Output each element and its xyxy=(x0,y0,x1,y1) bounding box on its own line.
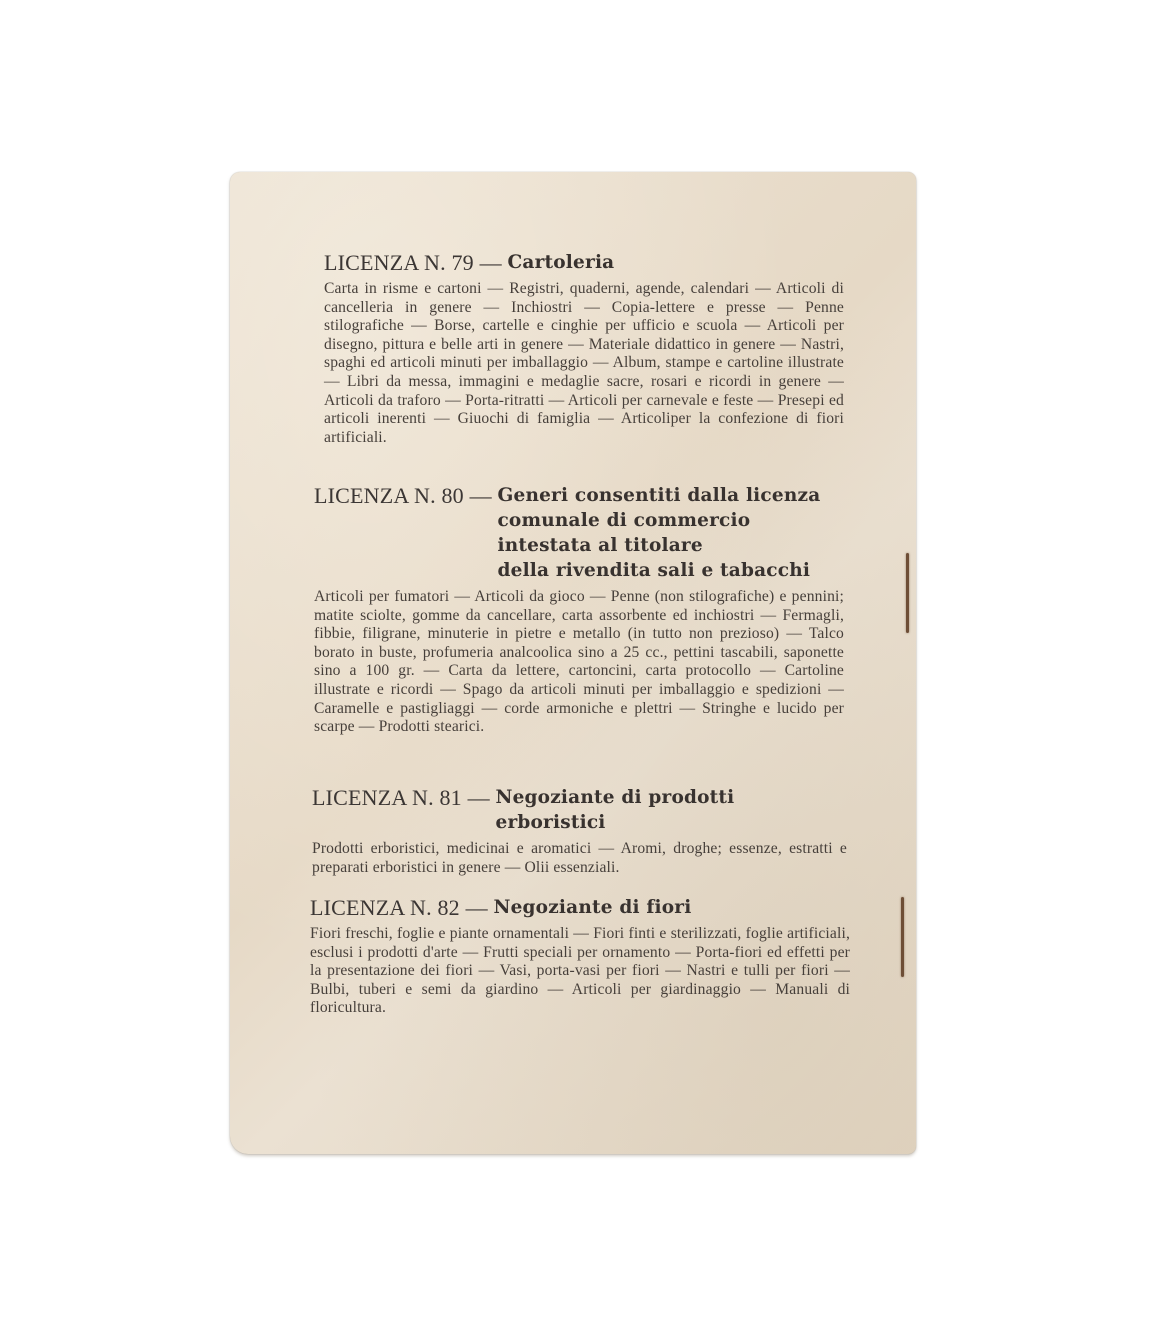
license-81-title-line: erboristici xyxy=(495,810,734,835)
license-80-number: LICENZA N. 80 — xyxy=(314,483,497,583)
license-79-number: LICENZA N. 79 — xyxy=(324,250,507,275)
license-81-title: Negoziante di prodotti erboristici xyxy=(495,785,734,835)
license-79-section: LICENZA N. 79 — Cartoleria Carta in rism… xyxy=(324,250,844,447)
license-80-title-line: della rivendita sali e tabacchi xyxy=(497,558,820,583)
staple-lower xyxy=(901,897,904,977)
license-81-body: Prodotti erboristici, medicinai e aromat… xyxy=(312,840,847,877)
license-80-heading: LICENZA N. 80 — Generi consentiti dalla … xyxy=(314,483,844,583)
license-80-title-line: Generi consentiti dalla licenza xyxy=(497,483,820,508)
license-81-section: LICENZA N. 81 — Negoziante di prodotti e… xyxy=(312,785,847,877)
license-80-title: Generi consentiti dalla licenza comunale… xyxy=(497,483,820,583)
license-81-heading: LICENZA N. 81 — Negoziante di prodotti e… xyxy=(312,785,847,835)
license-81-number: LICENZA N. 81 — xyxy=(312,785,495,835)
license-80-title-line: intestata al titolare xyxy=(497,533,820,558)
license-80-body: Articoli per fumatori — Articoli da gioc… xyxy=(314,588,844,737)
license-82-number: LICENZA N. 82 — xyxy=(310,895,493,920)
license-82-body: Fiori freschi, foglie e piante ornamenta… xyxy=(310,925,850,1018)
license-82-section: LICENZA N. 82 — Negoziante di fiori Fior… xyxy=(310,895,850,1018)
license-79-heading: LICENZA N. 79 — Cartoleria xyxy=(324,250,844,275)
license-79-body: Carta in risme e cartoni — Registri, qua… xyxy=(324,280,844,447)
license-80-section: LICENZA N. 80 — Generi consentiti dalla … xyxy=(314,483,844,737)
staple-upper xyxy=(906,553,909,633)
license-79-title: Cartoleria xyxy=(507,250,614,275)
license-82-title: Negoziante di fiori xyxy=(493,895,691,920)
license-81-title-line: Negoziante di prodotti xyxy=(495,785,734,810)
license-80-title-line: comunale di commercio xyxy=(497,508,820,533)
license-82-heading: LICENZA N. 82 — Negoziante di fiori xyxy=(310,895,850,920)
